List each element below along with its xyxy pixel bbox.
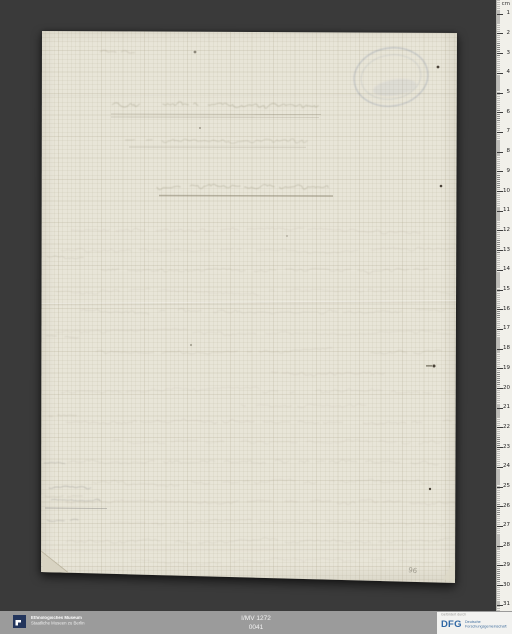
paper-sheet: 96 bbox=[41, 30, 458, 584]
museum-parent-org: Staatliche Museen zu Berlin bbox=[31, 622, 85, 627]
pencil-note: 96 bbox=[408, 566, 418, 575]
museum-identity: Ethnologisches Museum Staatliche Museen … bbox=[13, 614, 105, 629]
corner-folds bbox=[41, 551, 457, 583]
bleedthrough-handwriting bbox=[44, 50, 458, 564]
paper-creases bbox=[41, 94, 458, 551]
scanned-document-page: 96 bbox=[41, 30, 458, 584]
dfg-funding-label: Gefördert durch DFG Deutsche Forschungsg… bbox=[437, 612, 512, 634]
funding-pretext: Gefördert durch bbox=[441, 613, 482, 615]
heading-underlines bbox=[111, 114, 333, 196]
dfg-logo: DFG bbox=[441, 619, 462, 630]
dfg-logo-row: DFG Deutsche Forschungsgemeinschaft bbox=[441, 618, 510, 631]
scan-page-number: 0041 bbox=[241, 623, 271, 633]
document-reference: I/MV 1272 0041 bbox=[241, 614, 271, 634]
footer-bar: Ethnologisches Museum Staatliche Museen … bbox=[0, 611, 512, 634]
dfg-full-name: Deutsche Forschungsgemeinschaft bbox=[465, 621, 507, 629]
scan-viewer-frame: 96 cm 1234567891011121314151617181920212… bbox=[0, 0, 512, 634]
cm-ruler: cm 1234567891011121314151617181920212223… bbox=[496, 0, 512, 612]
museum-name-block: Ethnologisches Museum Staatliche Museen … bbox=[31, 616, 85, 627]
paper-holes bbox=[426, 66, 442, 491]
museum-logo-icon bbox=[13, 615, 26, 628]
dfg-name-line2: Forschungsgemeinschaft bbox=[465, 625, 507, 629]
oval-ink-stamp bbox=[350, 43, 432, 112]
inventory-number: I/MV 1272 bbox=[241, 614, 271, 624]
museum-name: Ethnologisches Museum bbox=[31, 616, 85, 621]
paper-marks-overlay: 96 bbox=[41, 30, 458, 584]
ruler-unit-label: cm bbox=[502, 1, 510, 7]
